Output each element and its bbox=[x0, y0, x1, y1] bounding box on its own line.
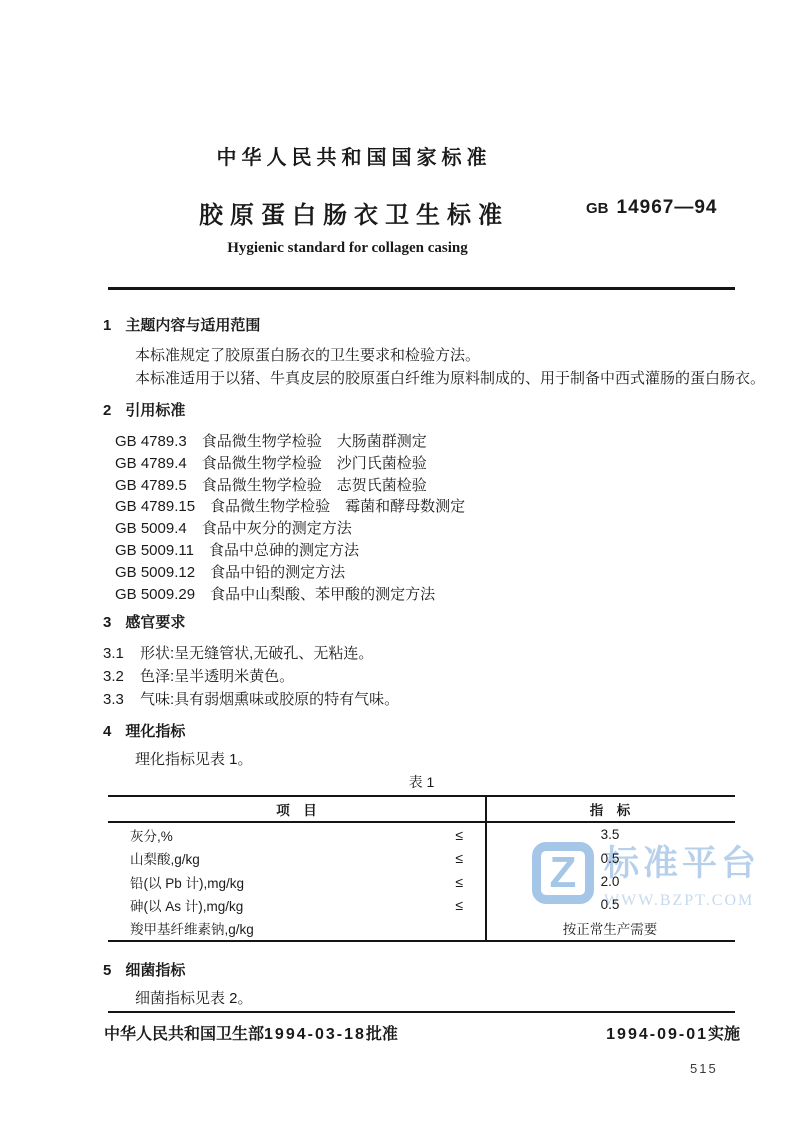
table-cell-value: 0.5 bbox=[485, 897, 735, 912]
reference-item: GB 5009.12食品中铅的测定方法 bbox=[115, 561, 465, 583]
section-2-number: 2 bbox=[103, 402, 111, 419]
reference-item: GB 4789.5食品微生物学检验 志贺氏菌检验 bbox=[115, 474, 465, 496]
reference-name: 食品中铅的测定方法 bbox=[210, 564, 345, 581]
section-5-intro: 细菌指标见表 2。 bbox=[135, 987, 253, 1008]
section-4-number: 4 bbox=[103, 723, 111, 740]
section-1-number: 1 bbox=[103, 317, 111, 334]
clause-3-3: 3.3气味:具有弱烟熏味或胶原的特有气味。 bbox=[103, 688, 399, 709]
table-cell-value: 0.5 bbox=[485, 851, 735, 866]
less-equal-sign: ≤ bbox=[455, 874, 463, 890]
reference-item: GB 5009.4食品中灰分的测定方法 bbox=[115, 517, 465, 539]
reference-code: GB 5009.29 bbox=[115, 586, 195, 603]
reference-item: GB 4789.15食品微生物学检验 霉菌和酵母数测定 bbox=[115, 495, 465, 517]
table-row: 羧甲基纤维素钠,g/kg 按正常生产需要 bbox=[108, 917, 735, 940]
reference-name: 食品微生物学检验 志贺氏菌检验 bbox=[202, 477, 427, 494]
table-header-row: 项 目 指 标 bbox=[108, 797, 735, 823]
standard-number-value: 14967—94 bbox=[617, 197, 718, 218]
reference-name: 食品中灰分的测定方法 bbox=[202, 520, 352, 537]
table-1: 项 目 指 标 灰分,%≤ 3.5 山梨酸,g/kg≤ 0.5 铅(以 Pb 计… bbox=[108, 795, 735, 942]
reference-code: GB 4789.3 bbox=[115, 433, 187, 450]
national-standard-label: 中华人民共和国国家标准 bbox=[0, 141, 708, 170]
section-1-title: 主题内容与适用范围 bbox=[125, 317, 260, 334]
reference-code: GB 4789.4 bbox=[115, 455, 187, 472]
section-3-heading: 3感官要求 bbox=[103, 611, 185, 632]
table-row: 砷(以 As 计),mg/kg≤ 0.5 bbox=[108, 893, 735, 916]
reference-name: 食品中山梨酸、苯甲酸的测定方法 bbox=[210, 586, 435, 603]
table-cell-value: 2.0 bbox=[485, 874, 735, 889]
reference-code: GB 5009.4 bbox=[115, 520, 187, 537]
table-header-value: 指 标 bbox=[485, 799, 735, 819]
section-5-heading: 5细菌指标 bbox=[103, 959, 185, 980]
english-title: Hygienic standard for collagen casing bbox=[0, 240, 695, 257]
clause-3-1: 3.1形状:呈无缝管状,无破孔、无粘连。 bbox=[103, 642, 373, 663]
clause-number: 3.1 bbox=[103, 645, 140, 662]
reference-name: 食品微生物学检验 沙门氏菌检验 bbox=[202, 455, 427, 472]
table-cell-item: 羧甲基纤维素钠,g/kg bbox=[130, 918, 254, 938]
section-4-heading: 4理化指标 bbox=[103, 720, 185, 741]
reference-code: GB 5009.11 bbox=[115, 542, 194, 559]
clause-text: 形状:呈无缝管状,无破孔、无粘连。 bbox=[140, 645, 373, 662]
section-5-title: 细菌指标 bbox=[125, 962, 185, 979]
section-1-heading: 1主题内容与适用范围 bbox=[103, 314, 260, 335]
clause-number: 3.3 bbox=[103, 691, 140, 708]
table-column-divider bbox=[485, 797, 487, 940]
section-5-number: 5 bbox=[103, 962, 111, 979]
table-row: 铅(以 Pb 计),mg/kg≤ 2.0 bbox=[108, 870, 735, 893]
less-equal-sign: ≤ bbox=[455, 897, 463, 913]
reference-code: GB 4789.5 bbox=[115, 477, 187, 494]
reference-name: 食品中总砷的测定方法 bbox=[209, 542, 359, 559]
standard-number-prefix: GB bbox=[586, 200, 609, 217]
reference-code: GB 5009.12 bbox=[115, 564, 195, 581]
clause-number: 3.2 bbox=[103, 668, 140, 685]
table-cell-value: 3.5 bbox=[485, 827, 735, 842]
section-4-title: 理化指标 bbox=[125, 723, 185, 740]
table-cell-item: 山梨酸,g/kg bbox=[130, 848, 200, 868]
reference-item: GB 5009.29食品中山梨酸、苯甲酸的测定方法 bbox=[115, 583, 465, 605]
reference-list: GB 4789.3食品微生物学检验 大肠菌群测定 GB 4789.4食品微生物学… bbox=[115, 430, 465, 604]
less-equal-sign: ≤ bbox=[455, 850, 463, 866]
clause-text: 气味:具有弱烟熏味或胶原的特有气味。 bbox=[140, 691, 399, 708]
reference-item: GB 4789.3食品微生物学检验 大肠菌群测定 bbox=[115, 430, 465, 452]
page-number: 515 bbox=[690, 1061, 718, 1076]
section-4-intro: 理化指标见表 1。 bbox=[135, 748, 253, 769]
implementation-suffix: 实施 bbox=[708, 1026, 740, 1043]
table-cell-item: 铅(以 Pb 计),mg/kg bbox=[130, 872, 244, 892]
table-row: 灰分,%≤ 3.5 bbox=[108, 823, 735, 846]
section-2-heading: 2引用标准 bbox=[103, 399, 185, 420]
section-3-number: 3 bbox=[103, 614, 111, 631]
section-2-title: 引用标准 bbox=[125, 402, 185, 419]
implementation-date: 1994-09-01 bbox=[606, 1026, 708, 1043]
header-divider bbox=[108, 287, 735, 290]
approval-suffix: 批准 bbox=[366, 1026, 398, 1043]
table-row: 山梨酸,g/kg≤ 0.5 bbox=[108, 846, 735, 869]
reference-name: 食品微生物学检验 霉菌和酵母数测定 bbox=[210, 498, 465, 515]
reference-item: GB 5009.11食品中总砷的测定方法 bbox=[115, 539, 465, 561]
section-1-paragraph-2: 本标准适用于以猪、牛真皮层的胶原蛋白纤维为原料制成的、用于制备中西式灌肠的蛋白肠… bbox=[135, 367, 765, 388]
footer-divider bbox=[108, 1011, 735, 1013]
clause-3-2: 3.2色泽:呈半透明米黄色。 bbox=[103, 665, 294, 686]
approval-statement: 中华人民共和国卫生部1994-03-18批准 bbox=[104, 1021, 398, 1044]
approval-date: 1994-03-18 bbox=[264, 1026, 366, 1043]
standard-number: GB14967—94 bbox=[586, 197, 717, 219]
section-1-paragraph-1: 本标准规定了胶原蛋白肠衣的卫生要求和检验方法。 bbox=[135, 344, 480, 365]
section-3-title: 感官要求 bbox=[125, 614, 185, 631]
table-1-caption: 表 1 bbox=[108, 772, 735, 792]
approval-org: 中华人民共和国卫生部 bbox=[104, 1026, 264, 1043]
table-cell-item: 灰分,% bbox=[130, 825, 173, 845]
reference-code: GB 4789.15 bbox=[115, 498, 195, 515]
table-cell-item: 砷(以 As 计),mg/kg bbox=[130, 895, 243, 915]
clause-text: 色泽:呈半透明米黄色。 bbox=[140, 668, 294, 685]
table-header-item: 项 目 bbox=[108, 799, 485, 819]
document-page: Z 标准平台 WWW.BZPT.COM 中华人民共和国国家标准 胶原蛋白肠衣卫生… bbox=[0, 0, 800, 1134]
less-equal-sign: ≤ bbox=[455, 827, 463, 843]
reference-item: GB 4789.4食品微生物学检验 沙门氏菌检验 bbox=[115, 452, 465, 474]
table-cell-value: 按正常生产需要 bbox=[485, 918, 735, 938]
implementation-statement: 1994-09-01实施 bbox=[606, 1021, 740, 1044]
reference-name: 食品微生物学检验 大肠菌群测定 bbox=[202, 433, 427, 450]
